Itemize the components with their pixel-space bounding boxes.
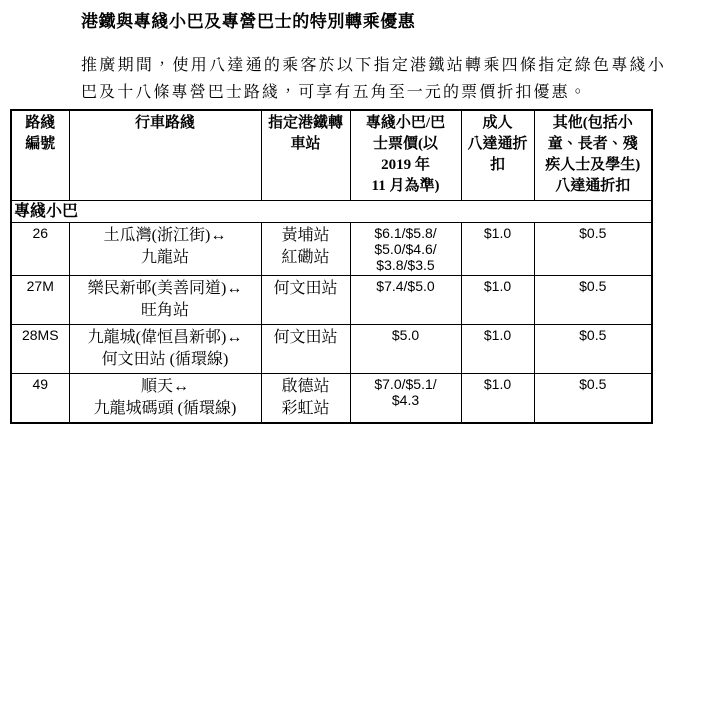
- cell-route: 樂民新邨(美善同道)↔ 旺角站: [69, 276, 261, 325]
- cell-fare: $5.0: [350, 325, 461, 374]
- cell-adult-discount: $1.0: [461, 325, 534, 374]
- cell-fare: $6.1/$5.8/ $5.0/$4.6/ $3.8/$3.5: [350, 223, 461, 276]
- cell-route-number: 26: [11, 223, 69, 276]
- section-row: 專綫小巴: [11, 201, 652, 223]
- cell-other-discount: $0.5: [534, 374, 652, 424]
- cell-route: 順天↔ 九龍城碼頭 (循環線): [69, 374, 261, 424]
- cell-route-number: 28MS: [11, 325, 69, 374]
- cell-route-number: 49: [11, 374, 69, 424]
- cell-stations: 何文田站: [261, 276, 350, 325]
- cell-stations: 啟德站 彩虹站: [261, 374, 350, 424]
- cell-other-discount: $0.5: [534, 325, 652, 374]
- header-adult-discount: 成人 八達通折 扣: [461, 110, 534, 201]
- header-route-number: 路綫 編號: [11, 110, 69, 201]
- cell-adult-discount: $1.0: [461, 223, 534, 276]
- header-other-discount: 其他(包括小 童、長者、殘 疾人士及學生) 八達通折扣: [534, 110, 652, 201]
- cell-adult-discount: $1.0: [461, 276, 534, 325]
- table-row: 49 順天↔ 九龍城碼頭 (循環線) 啟德站 彩虹站 $7.0/$5.1/ $4…: [11, 374, 652, 424]
- cell-route: 土瓜灣(浙江街)↔ 九龍站: [69, 223, 261, 276]
- page-title: 港鐵與專綫小巴及專營巴士的特別轉乘優惠: [81, 11, 666, 32]
- document-page: { "doc": { "title": "港鐵與專綫小巴及專營巴士的特別轉乘優惠…: [0, 0, 706, 714]
- intro-paragraph: 推廣期間，使用八達通的乘客於以下指定港鐵站轉乘四條指定綠色專綫小巴及十八條專營巴…: [81, 52, 666, 106]
- cell-fare: $7.0/$5.1/ $4.3: [350, 374, 461, 424]
- cell-stations: 黃埔站 紅磡站: [261, 223, 350, 276]
- header-mtr-station: 指定港鐵轉 車站: [261, 110, 350, 201]
- cell-other-discount: $0.5: [534, 223, 652, 276]
- table-row: 26 土瓜灣(浙江街)↔ 九龍站 黃埔站 紅磡站 $6.1/$5.8/ $5.0…: [11, 223, 652, 276]
- cell-adult-discount: $1.0: [461, 374, 534, 424]
- header-route: 行車路綫: [69, 110, 261, 201]
- cell-fare: $7.4/$5.0: [350, 276, 461, 325]
- table-row: 27M 樂民新邨(美善同道)↔ 旺角站 何文田站 $7.4/$5.0 $1.0 …: [11, 276, 652, 325]
- section-label-minibus: 專綫小巴: [11, 201, 652, 223]
- cell-route-number: 27M: [11, 276, 69, 325]
- header-fare: 專綫小巴/巴 士票價(以 2019 年 11 月為準): [350, 110, 461, 201]
- fare-discount-table: 路綫 編號 行車路綫 指定港鐵轉 車站 專綫小巴/巴 士票價(以 2019 年 …: [10, 109, 653, 424]
- table-row: 28MS 九龍城(偉恒昌新邨)↔ 何文田站 (循環線) 何文田站 $5.0 $1…: [11, 325, 652, 374]
- table-header: 路綫 編號 行車路綫 指定港鐵轉 車站 專綫小巴/巴 士票價(以 2019 年 …: [11, 110, 652, 201]
- cell-other-discount: $0.5: [534, 276, 652, 325]
- header-row: 路綫 編號 行車路綫 指定港鐵轉 車站 專綫小巴/巴 士票價(以 2019 年 …: [11, 110, 652, 201]
- table-body: 專綫小巴 26 土瓜灣(浙江街)↔ 九龍站 黃埔站 紅磡站 $6.1/$5.8/…: [11, 201, 652, 424]
- cell-route: 九龍城(偉恒昌新邨)↔ 何文田站 (循環線): [69, 325, 261, 374]
- cell-stations: 何文田站: [261, 325, 350, 374]
